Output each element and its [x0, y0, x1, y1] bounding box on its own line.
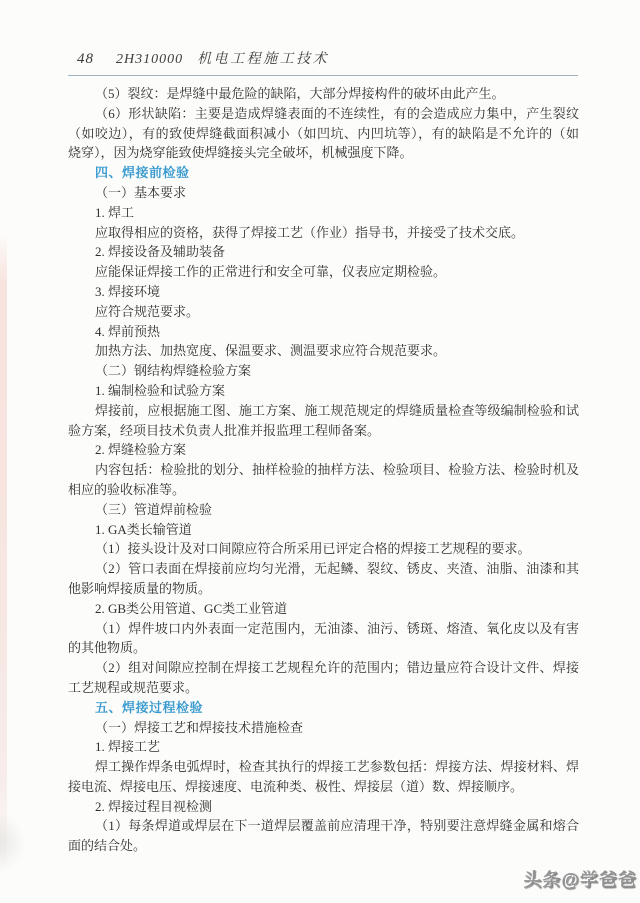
section-heading: 四、焊接前检验 — [68, 163, 579, 183]
text-line: （6）形状缺陷：主要是造成焊缝表面的不连续性，有的会造成应力集中，产生裂纹 — [68, 104, 579, 124]
text-line: 4. 焊前预热 — [68, 322, 579, 342]
course-title: 机电工程施工技术 — [197, 52, 329, 67]
header-rule-line — [68, 75, 578, 76]
page-header: 482H310000机电工程施工技术 — [77, 48, 578, 68]
text-line: 1. 焊接工艺 — [68, 737, 579, 757]
text-line: 2. 焊接过程目视检测 — [68, 797, 579, 817]
text-line: 面的结合处。 — [68, 836, 579, 856]
text-line: 工艺规程或规范要求。 — [68, 678, 579, 698]
section-heading: 五、焊接过程检验 — [68, 698, 579, 718]
text-line: 焊工操作焊条电弧焊时，检查其执行的焊接工艺参数包括：焊接方法、焊接材料、焊 — [68, 757, 579, 777]
text-line: 验方案，经项目技术负责人批准并报监理工程师备案。 — [68, 421, 579, 441]
text-line: 应取得相应的资格，获得了焊接工艺（作业）指导书，并接受了技术交底。 — [68, 223, 579, 243]
text-line: 2. GB类公用管道、GC类工业管道 — [68, 599, 579, 619]
text-line: （一）基本要求 — [68, 183, 579, 203]
book-page: 482H310000机电工程施工技术 （5）裂纹：是焊缝中最危险的缺陷，大部分焊… — [0, 0, 640, 903]
text-line: 的其他物质。 — [68, 638, 579, 658]
watermark-text: 头条@学爸爸 — [523, 866, 637, 892]
text-line: （一）焊接工艺和焊接技术措施检查 — [68, 718, 579, 738]
text-line: 3. 焊接环境 — [68, 282, 579, 302]
text-line: 焊接前，应根据施工图、施工方案、施工规范规定的焊缝质量检查等级编制检验和试 — [68, 401, 579, 421]
text-line: （5）裂纹：是焊缝中最危险的缺陷，大部分焊接构件的破坏由此产生。 — [68, 84, 579, 104]
text-line: 2. 焊接设备及辅助装备 — [68, 242, 579, 262]
text-line: （二）钢结构焊缝检验方案 — [68, 361, 579, 381]
text-line: 1. 编制检验和试验方案 — [68, 381, 579, 401]
text-line: 应符合规范要求。 — [68, 302, 579, 322]
text-line: （2）组对间隙应控制在焊接工艺规程允许的范围内；错边量应符合设计文件、焊接 — [68, 658, 579, 678]
text-line: 烧穿），因为烧穿能致使焊缝接头完全破坏，机械强度下降。 — [68, 143, 579, 163]
text-line: 他影响焊接质量的物质。 — [68, 579, 579, 599]
text-line: 1. 焊工 — [68, 203, 579, 223]
text-line: 相应的验收标准等。 — [68, 480, 579, 500]
text-line: （三）管道焊前检验 — [68, 500, 579, 520]
text-line: 应能保证焊接工作的正常进行和安全可靠，仪表应定期检验。 — [68, 262, 579, 282]
text-line: 2. 焊缝检验方案 — [68, 440, 579, 460]
text-line: 1. GA类长输管道 — [68, 520, 579, 540]
text-line: （如咬边），有的致使焊缝截面积减小（如凹坑、内凹坑等），有的缺陷是不允许的（如 — [68, 124, 579, 144]
text-line: 内容包括：检验批的划分、抽样检验的抽样方法、检验项目、检验方法、检验时机及 — [68, 460, 579, 480]
page-number: 48 — [77, 51, 94, 67]
text-line: （1）焊件坡口内外表面一定范围内，无油漆、油污、锈斑、熔渣、氧化皮以及有害 — [68, 619, 579, 639]
text-line: （1）接头设计及对口间隙应符合所采用已评定合格的焊接工艺规程的要求。 — [68, 539, 579, 559]
text-line: （2）管口表面在焊接前应均匀光滑，无起鳞、裂纹、锈皮、夹渣、油脂、油漆和其 — [68, 559, 579, 579]
text-line: （1）每条焊道或焊层在下一道焊层覆盖前应清理干净，特别要注意焊缝金属和熔合 — [68, 816, 579, 836]
scan-artifact-bottom-corner — [0, 813, 26, 873]
scan-artifact-left-edge — [0, 232, 7, 872]
text-line: 加热方法、加热宽度、保温要求、测温要求应符合规范要求。 — [68, 341, 579, 361]
page-body-text: （5）裂纹：是焊缝中最危险的缺陷，大部分焊接构件的破坏由此产生。（6）形状缺陷：… — [68, 84, 579, 856]
text-line: 接电流、焊接电压、焊接速度、电流种类、极性、焊接层（道）数、焊接顺序。 — [68, 777, 579, 797]
course-code: 2H310000 — [116, 52, 183, 67]
